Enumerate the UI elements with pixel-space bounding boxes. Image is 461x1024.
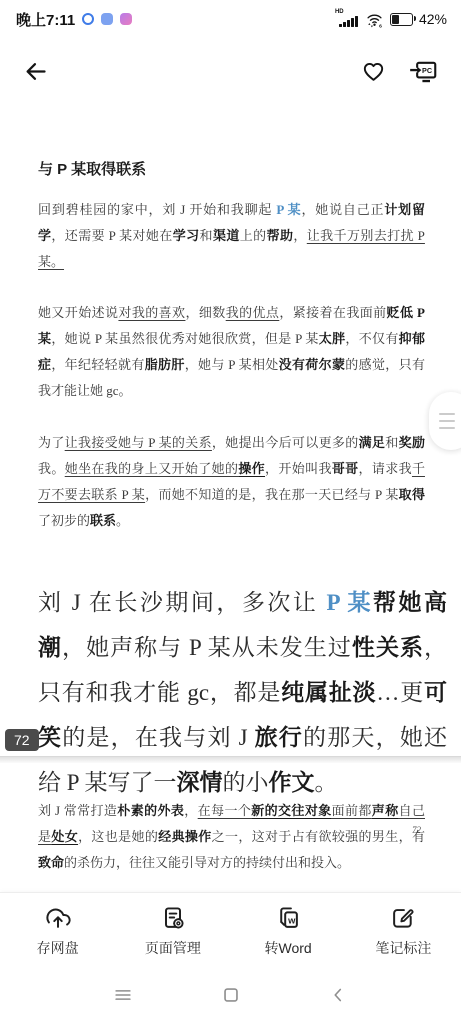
cell-signal-icon: HD [335,11,359,28]
toolbar-item-page-manage[interactable]: 页面管理 [115,893,230,966]
toolbar-label: 转Word [265,938,312,958]
menu-lines-icon [112,984,134,1006]
notification-app-icon-purple [120,13,132,25]
recents-button[interactable] [112,984,134,1006]
page-manage-icon [159,904,187,932]
wifi6-badge: 6 [379,23,382,28]
traffic-arrows-icon [368,22,370,24]
battery-icon [390,13,413,26]
doc-paragraph-4: 刘 J 常常打造朴素的外表，在每一个新的交往对象面前都声称自己是处女，这也是她的… [38,798,425,876]
doc-paragraph-3: 为了让我接受她与 P 某的关系，她提出今后可以更多的满足和奖励我。她坐在我的身上… [38,430,425,534]
toolbar-label: 存网盘 [37,938,79,958]
word-convert-icon: w [274,904,302,932]
toolbar-item-to-word[interactable]: w 转Word [231,893,346,966]
doc-paragraph-1: 回到碧桂园的家中，刘 J 开始和我聊起 P 某，她说自己正计划留学，还需要 P … [38,197,425,275]
notification-ring-icon [82,13,94,25]
hd-volte-badge: HD [335,9,344,15]
bottom-toolbar: 存网盘 页面管理 w 转Word [0,892,461,966]
toolbar-item-annotate[interactable]: 笔记标注 [346,893,461,966]
cloud-upload-icon [44,904,72,932]
back-arrow-icon [22,58,49,85]
nav-back-button[interactable] [327,984,349,1006]
send-to-pc-button[interactable]: PC [407,57,439,85]
pc-label: PC [422,66,433,75]
status-bar: 晚上7:11 HD 6 42% [0,0,461,34]
back-button[interactable] [22,58,49,85]
android-nav-bar [0,966,461,1024]
document-page: 与 P 某取得联系 回到碧桂园的家中，刘 J 开始和我聊起 P 某，她说自己正计… [0,96,461,835]
app-bar: PC [0,46,461,96]
status-bar-left: 晚上7:11 [16,9,132,30]
clock: 晚上7:11 [16,9,75,30]
favorite-button[interactable] [360,58,387,85]
page-indicator-badge: 72 [5,729,39,751]
scroll-handle[interactable] [429,392,461,450]
doc-paragraph-2: 她又开始述说对我的喜欢，细数我的优点，紧接着在我面前贬低 P 某，她说 P 某虽… [38,300,425,404]
doc-paragraph-large: 刘 J 在长沙期间，多次让 P 某帮她高潮，她声称与 P 某从未发生过性关系，只… [38,580,447,805]
notification-app-icon-blue [101,13,113,25]
page-divider [0,756,461,763]
send-to-pc-icon: PC [407,57,439,85]
toolbar-label: 笔记标注 [375,938,431,958]
word-letter: w [287,915,296,925]
toolbar-item-save-cloud[interactable]: 存网盘 [0,893,115,966]
square-outline-icon [220,984,242,1006]
status-bar-right: HD 6 42% [335,11,447,28]
chevron-left-icon [327,984,349,1006]
battery-percent: 42% [419,11,447,27]
heart-icon [360,58,387,85]
doc-heading: 与 P 某取得联系 [38,158,425,179]
wifi-icon: 6 [365,11,384,28]
note-annotate-icon [389,904,417,932]
toolbar-label: 页面管理 [145,938,201,958]
home-button[interactable] [220,984,242,1006]
